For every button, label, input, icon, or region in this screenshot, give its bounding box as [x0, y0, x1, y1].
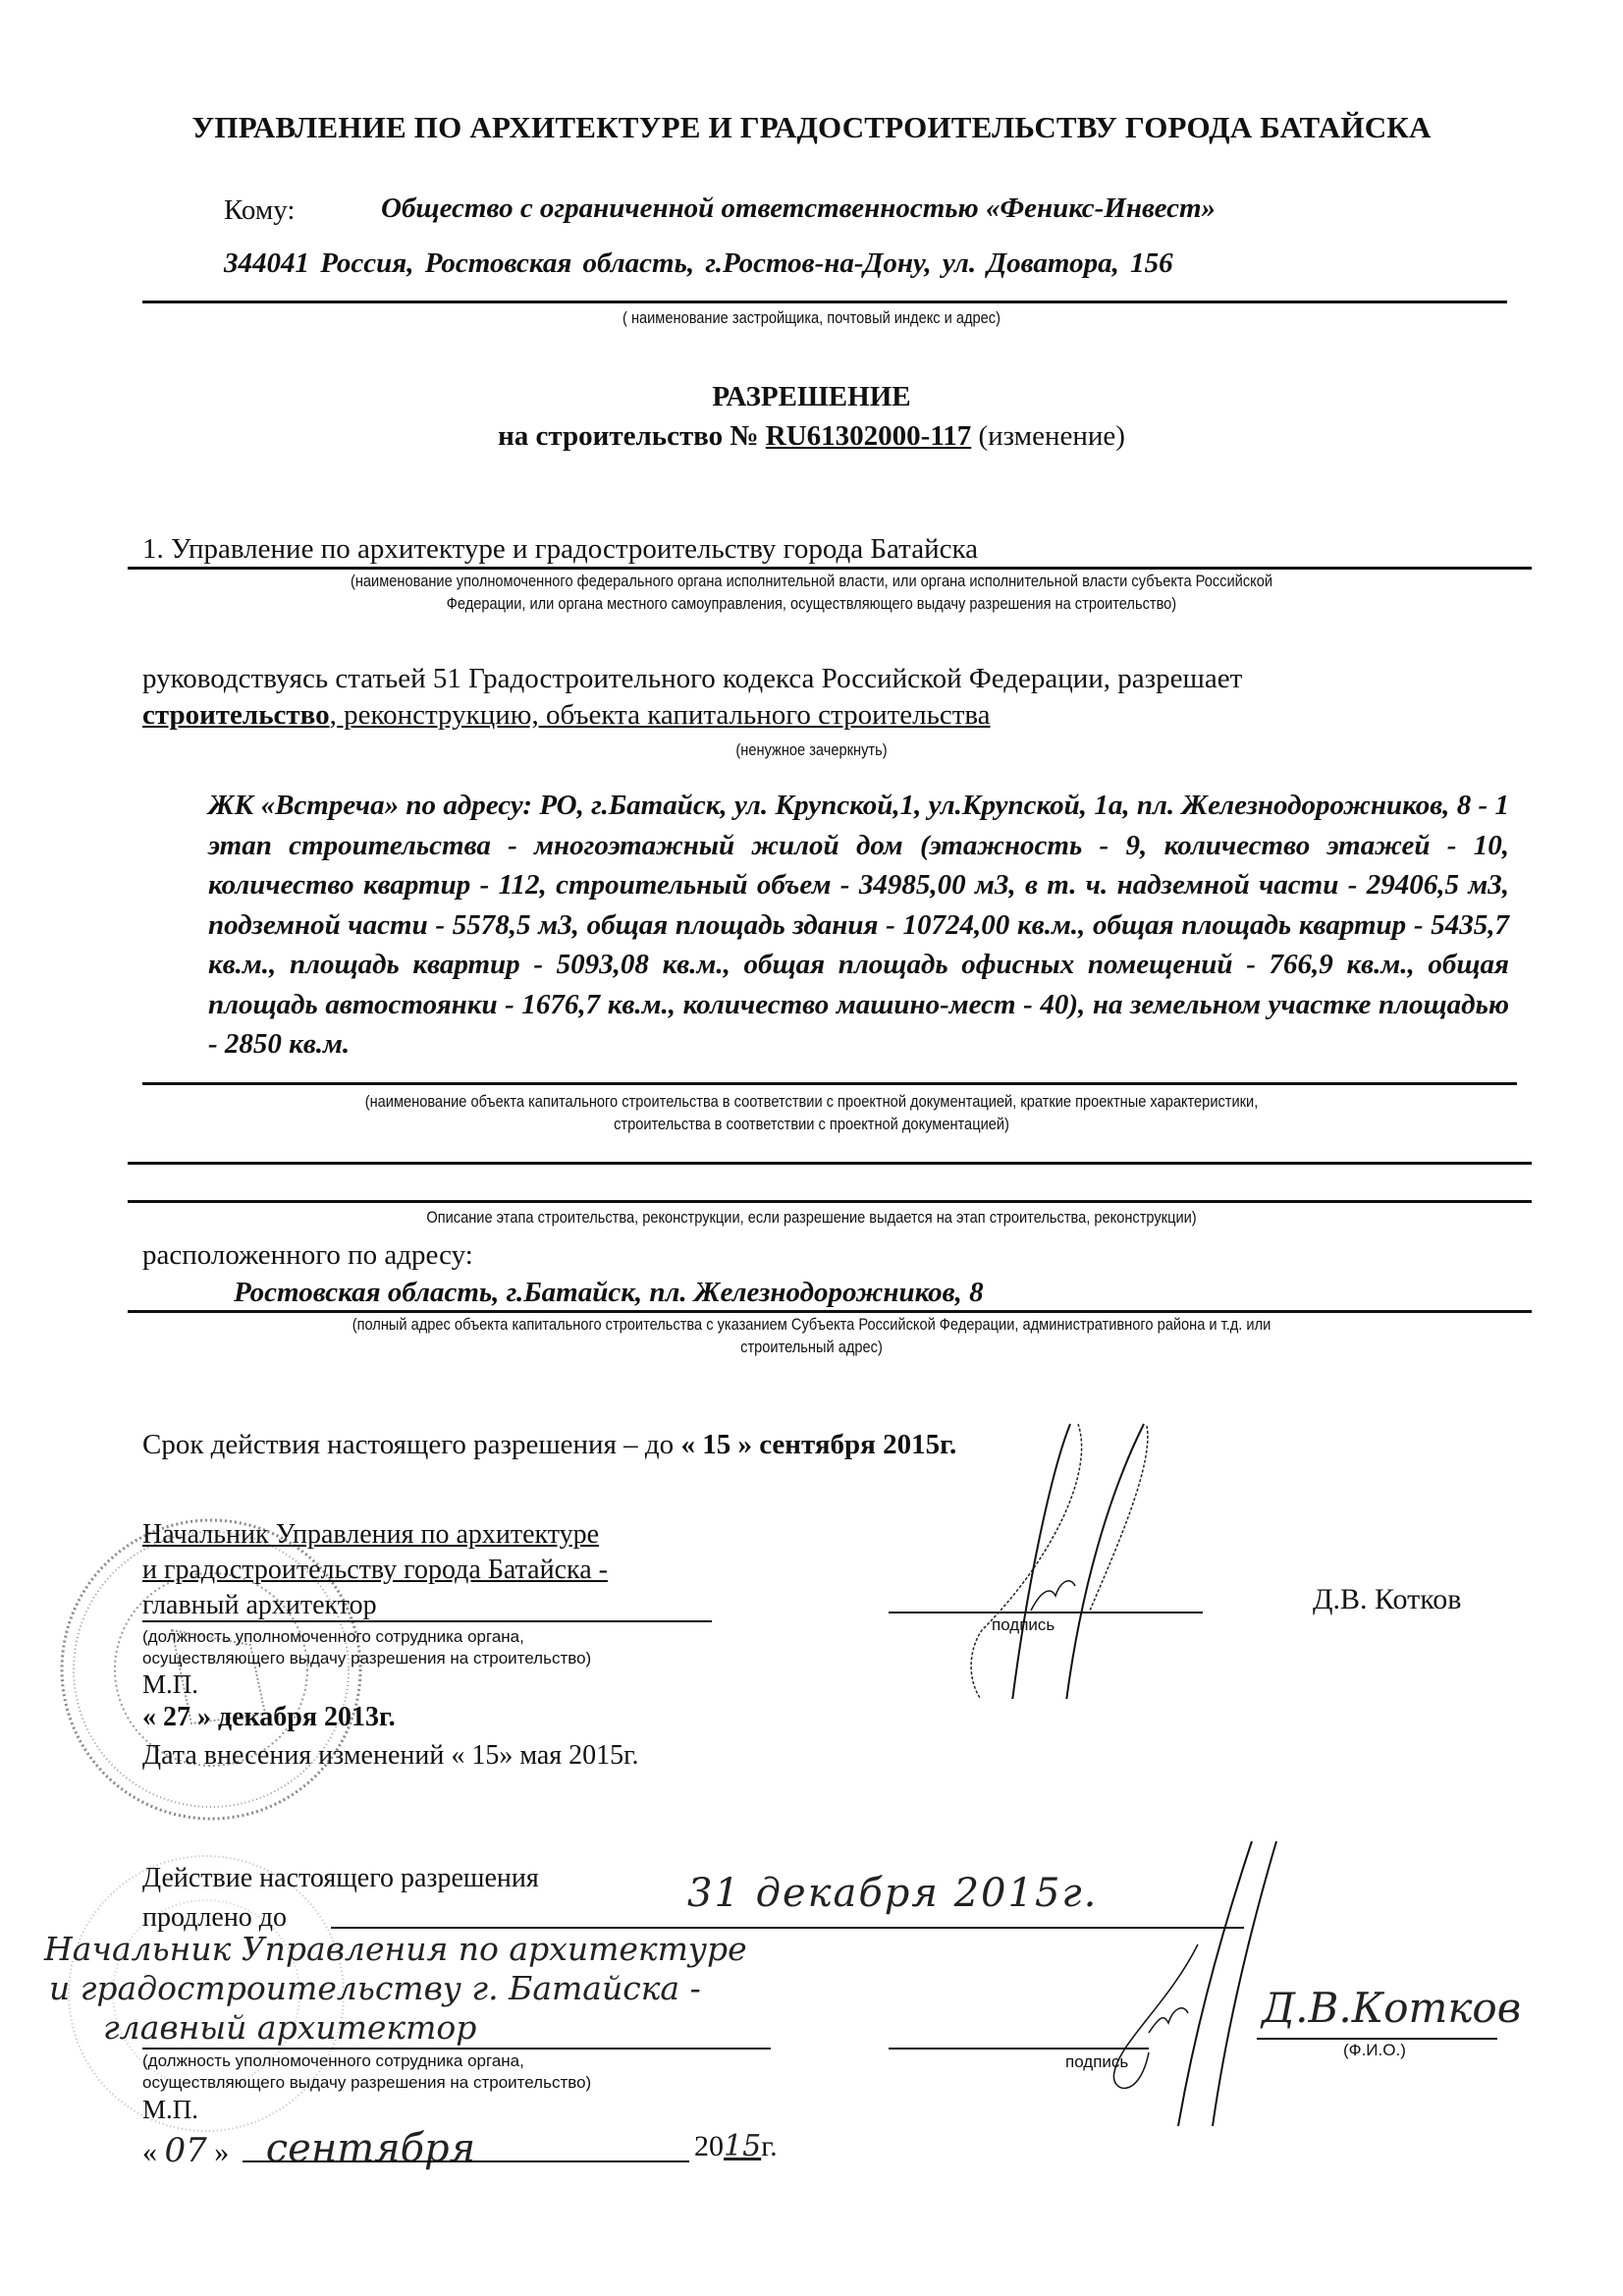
- issuer-caption-line2: Федерации, или органа местного самоуправ…: [198, 592, 1426, 615]
- permit-subtitle-suffix: (изменение): [971, 420, 1125, 452]
- action-caption: (ненужное зачеркнуть): [114, 738, 1510, 761]
- stage-line-2: [128, 1200, 1532, 1203]
- location-address: Ростовская область, г.Батайск, пл. Желез…: [234, 1277, 984, 1309]
- ext-year-prefix: 20: [694, 2130, 724, 2162]
- legal-basis: руководствуясь статьей 51 Градостроитель…: [142, 663, 1242, 695]
- ext-position-line1: Начальник Управления по архитектуре: [44, 1930, 747, 1969]
- ext-position-line3: главный архитектор: [44, 2008, 747, 2048]
- object-caption-line1: (наименование объекта капитального строи…: [198, 1090, 1426, 1113]
- amendment-label: Дата внесения изменений: [142, 1740, 451, 1771]
- validity-date: « 15 » сентября 2015г.: [680, 1429, 956, 1460]
- validity-prefix: Срок действия настоящего разрешения – до: [142, 1429, 680, 1460]
- issue-date: « 27 » декабря 2013г.: [142, 1702, 396, 1733]
- ext-position-caption: (должность уполномоченного сотрудника ор…: [142, 2050, 591, 2094]
- ext-position-caption-line2: осуществляющего выдачу разрешения на стр…: [142, 2072, 591, 2094]
- ext-date-day: 07: [165, 2131, 207, 2170]
- location-label: расположенного по адресу:: [142, 1239, 473, 1272]
- recipient-label: Кому:: [224, 194, 295, 227]
- ext-year-suffix: г.: [761, 2130, 777, 2162]
- signatory-position: Начальник Управления по архитектуре и гр…: [142, 1517, 608, 1623]
- action-selected: строительство: [142, 699, 330, 731]
- ext-signatory-name: Д.В.Котков: [1262, 1984, 1521, 2032]
- ext-date-open: «: [142, 2136, 157, 2168]
- location-caption-line2: строительный адрес): [198, 1336, 1426, 1358]
- amendment-date-value: « 15» мая 2015г.: [451, 1740, 638, 1771]
- object-caption: (наименование объекта капитального строи…: [198, 1090, 1426, 1135]
- ext-seal-label: М.П.: [142, 2095, 198, 2125]
- extended-to-date: 31 декабря 2015г.: [687, 1871, 1098, 1916]
- issuer-name: 1. Управление по архитектуре и градостро…: [142, 533, 978, 566]
- position-caption: (должность уполномоченного сотрудника ор…: [142, 1626, 591, 1669]
- issuer-caption-line1: (наименование уполномоченного федерально…: [198, 570, 1426, 592]
- ext-name-caption: (Ф.И.О.): [1343, 2041, 1406, 2060]
- position-line2: и градостроительству города Батайска -: [142, 1553, 608, 1588]
- ext-position-underline: [142, 2048, 771, 2050]
- extension-position-handwritten: Начальник Управления по архитектуре и гр…: [44, 1930, 747, 2048]
- validity-term: Срок действия настоящего разрешения – до…: [142, 1429, 956, 1461]
- location-caption-line1: (полный адрес объекта капитального строи…: [198, 1313, 1426, 1336]
- ext-date-close: »: [214, 2136, 229, 2168]
- recipient-address: 344041 Россия, Ростовская область, г.Рос…: [224, 247, 1173, 280]
- action-rest: , реконструкцию, объекта капитального ст…: [330, 699, 991, 731]
- ext-month-underline: [243, 2160, 689, 2162]
- object-caption-line2: строительства в соответствии с проектной…: [198, 1113, 1426, 1135]
- seal-label: М.П.: [142, 1669, 198, 1700]
- ext-year: 2015г.: [694, 2129, 778, 2163]
- stage-line-1: [128, 1162, 1532, 1165]
- ext-year-handwritten: 15: [724, 2129, 761, 2163]
- location-caption: (полный адрес объекта капитального строи…: [198, 1313, 1426, 1358]
- ext-date-month: сентября: [266, 2126, 475, 2171]
- authority-title: УПРАВЛЕНИЕ ПО АРХИТЕКТУРЕ И ГРАДОСТРОИТЕ…: [0, 110, 1623, 145]
- position-line1: Начальник Управления по архитектуре: [142, 1517, 608, 1553]
- permit-title: РАЗРЕШЕНИЕ: [0, 381, 1623, 413]
- ext-position-caption-line1: (должность уполномоченного сотрудника ор…: [142, 2050, 591, 2072]
- signatory-name: Д.В. Котков: [1313, 1583, 1461, 1616]
- extension-label-line1: Действие настоящего разрешения: [142, 1863, 539, 1894]
- object-underline: [142, 1082, 1517, 1085]
- object-description: ЖК «Встреча» по адресу: РО, г.Батайск, у…: [208, 786, 1509, 1065]
- position-line3: главный архитектор: [142, 1588, 608, 1623]
- ext-name-underline: [1257, 2038, 1497, 2040]
- permitted-action: строительство, реконструкцию, объекта ка…: [142, 699, 991, 732]
- issuer-caption: (наименование уполномоченного федерально…: [198, 570, 1426, 615]
- position-caption-line2: осуществляющего выдачу разрешения на стр…: [142, 1648, 591, 1669]
- position-caption-line1: (должность уполномоченного сотрудника ор…: [142, 1626, 591, 1648]
- recipient-underline: [142, 301, 1507, 303]
- recipient-name: Общество с ограниченной ответственностью…: [381, 192, 1216, 225]
- recipient-caption: ( наименование застройщика, почтовый инд…: [114, 306, 1510, 329]
- permit-subtitle-prefix: на строительство №: [498, 420, 766, 452]
- amendment-date: Дата внесения изменений « 15» мая 2015г.: [142, 1740, 639, 1772]
- permit-subtitle: на строительство № RU61302000-117 (измен…: [0, 420, 1623, 453]
- stage-caption: Описание этапа строительства, реконструк…: [198, 1206, 1426, 1229]
- signature-icon: [933, 1414, 1208, 1699]
- permit-number: RU61302000-117: [766, 420, 971, 452]
- ext-position-line2: и градостроительству г. Батайска -: [44, 1969, 747, 2008]
- position-underline: [142, 1620, 712, 1622]
